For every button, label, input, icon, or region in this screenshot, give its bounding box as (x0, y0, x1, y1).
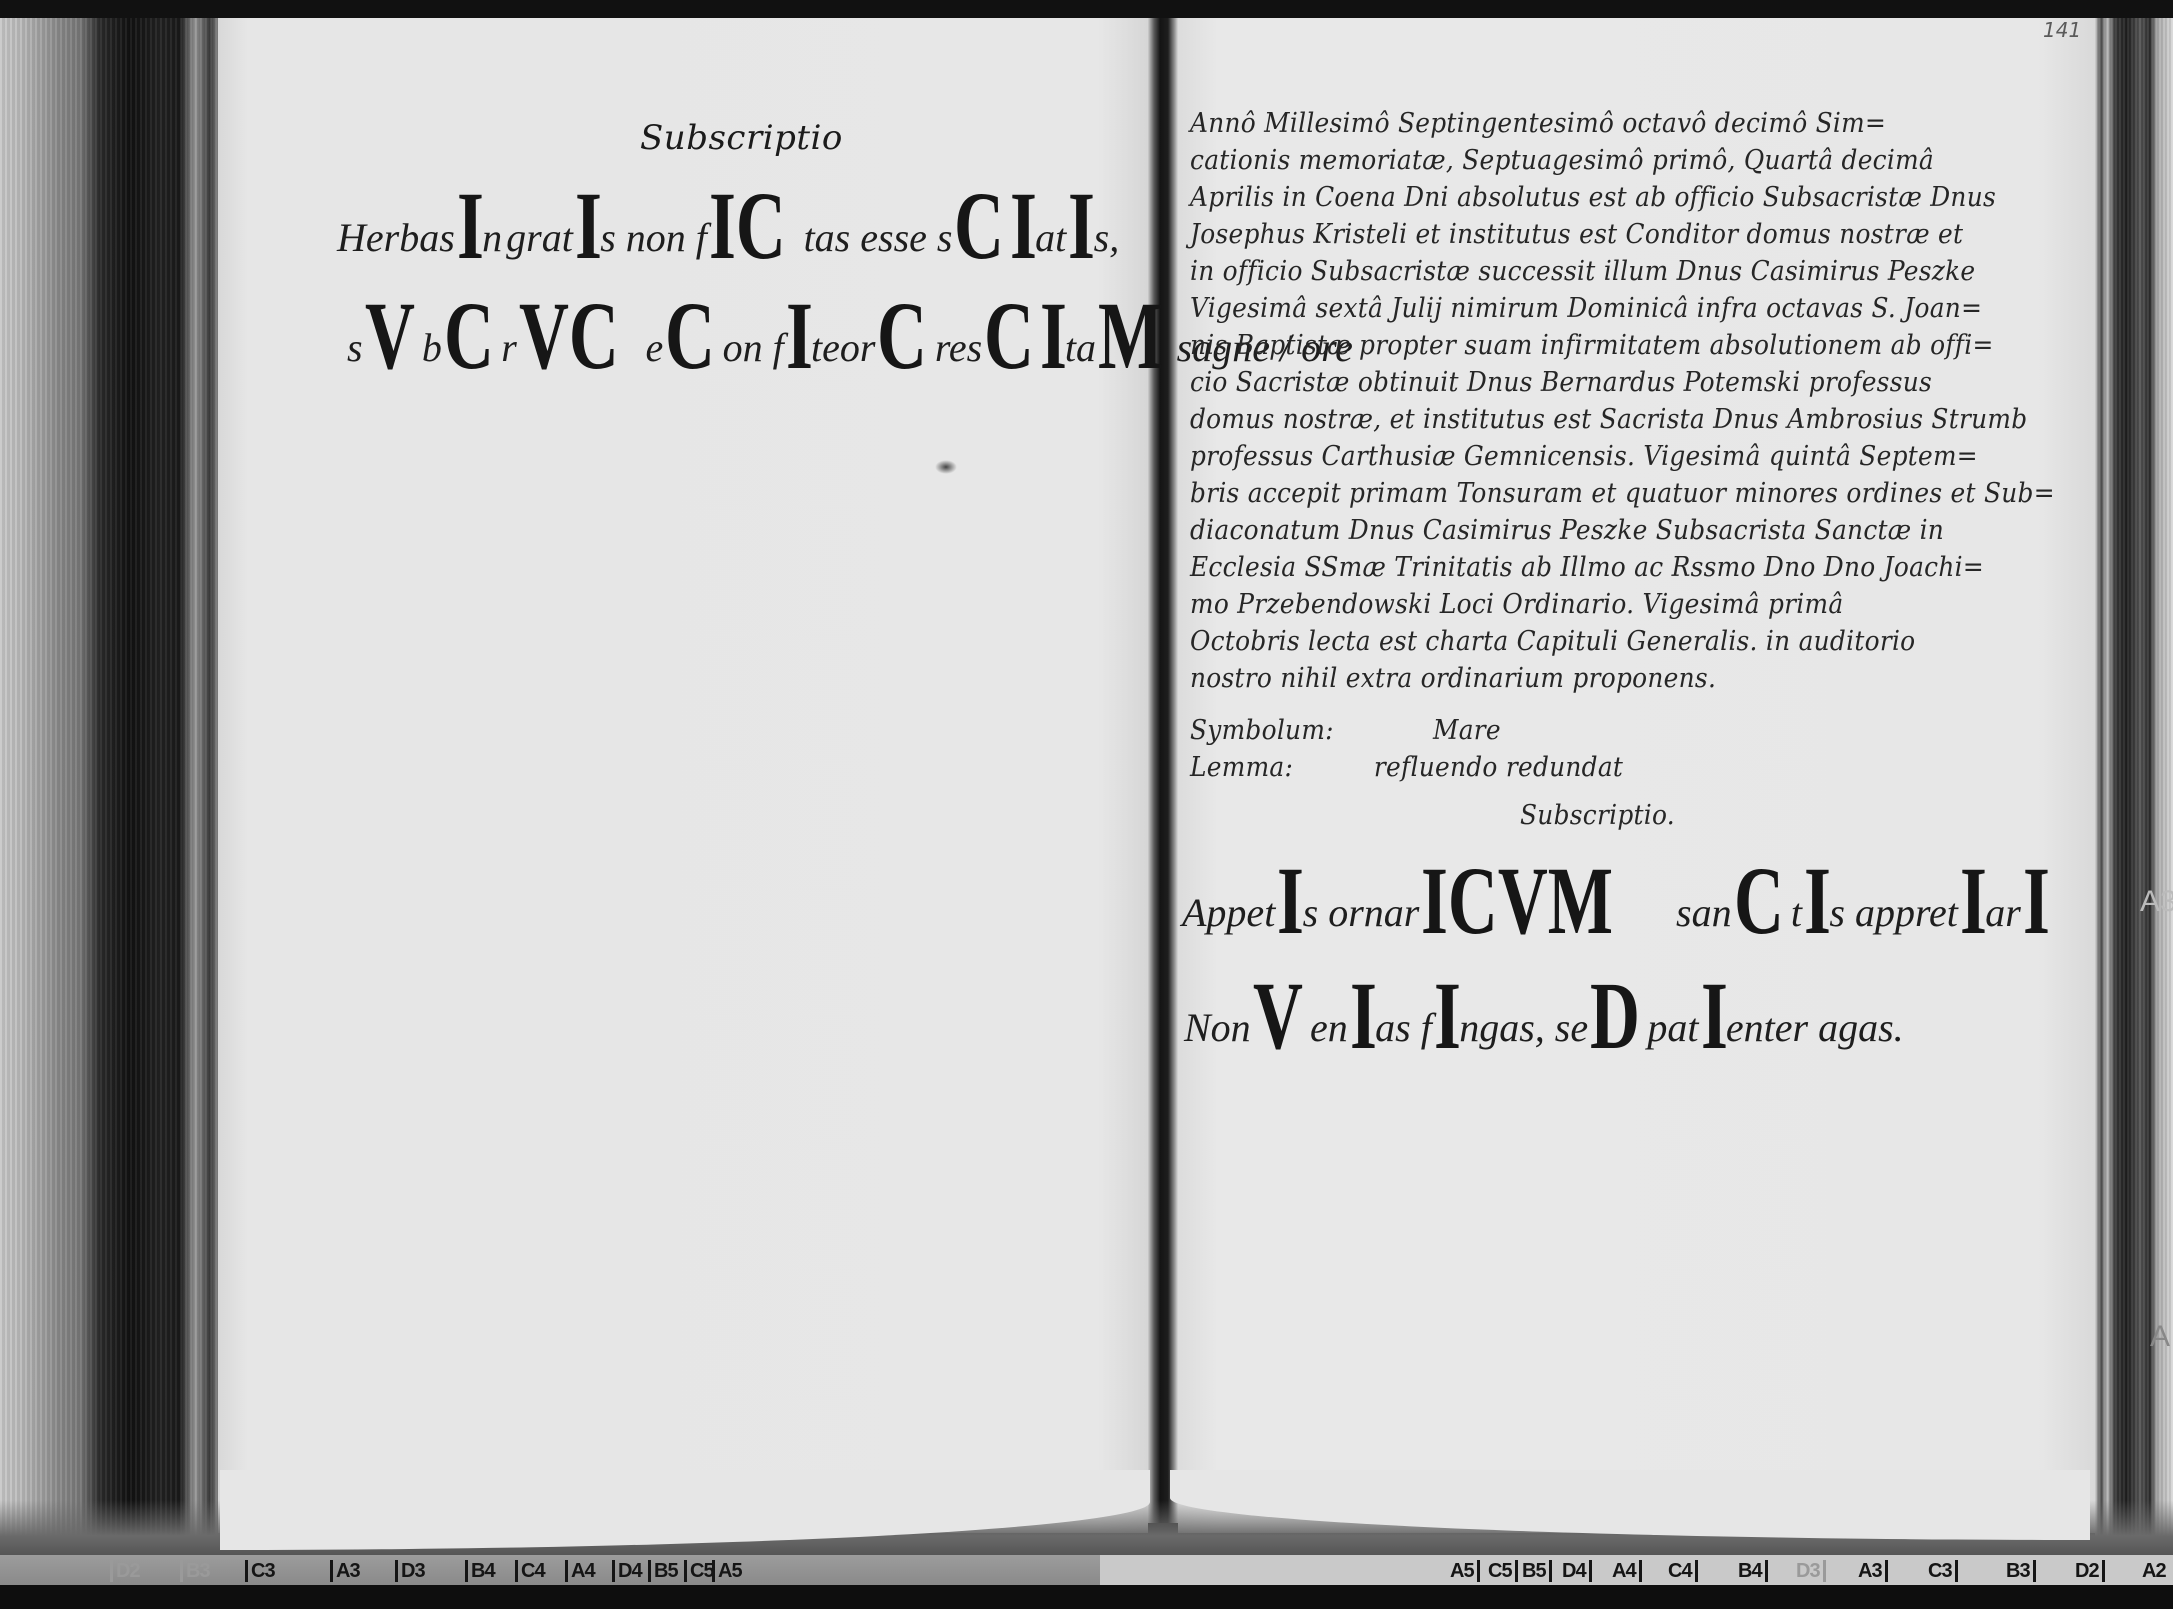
chronogram-capital: M (1098, 295, 1163, 377)
ruler-label: D4 (612, 1560, 642, 1582)
ruler-label: D3 (395, 1560, 425, 1582)
chronogram-capital: D (1590, 975, 1640, 1057)
symbolum-value: Mare (1433, 715, 1501, 746)
ruler-label: A5 (712, 1560, 742, 1582)
ruler-label: C4 (1668, 1560, 1698, 1582)
entry-line: Annô Millesimô Septingentesimô octavô de… (1190, 108, 1886, 139)
chronogram-text: en (1310, 1004, 1348, 1051)
chronogram-text: san (1676, 889, 1732, 936)
chronogram-capital: C (444, 295, 494, 377)
right-chronogram-line-1: AppetIs ornarICVMsanCtIs appretIarI (1180, 860, 2046, 942)
chronogram-text: t (1791, 889, 1802, 936)
ruler-label: A4 (565, 1560, 595, 1582)
chronogram-text: n (482, 214, 502, 261)
chronogram-text: Appet (1182, 889, 1275, 936)
chronogram-capital: I (1068, 185, 1095, 267)
right-chronogram-line-2: NonVenIas fIngas, seDpatIenter agas. (1182, 975, 1906, 1057)
chronogram-capital: I (1804, 860, 1831, 942)
entry-line: Vigesimâ sextâ Julij nimirum Dominicâ in… (1190, 293, 1982, 324)
entry-line: mo Przebendowski Loci Ordinario. Vigesim… (1190, 589, 1843, 620)
right-subscriptio-heading: Subscriptio. (1520, 800, 1675, 831)
chronogram-text: pat (1647, 1004, 1698, 1051)
chronogram-text: res (935, 324, 982, 371)
ruler-label: C4 (515, 1560, 545, 1582)
entry-line: bris accepit primam Tonsuram et quatuor … (1190, 478, 2055, 509)
ruler-label: A3 (330, 1560, 360, 1582)
lemma-value: refluendo redundat (1374, 752, 1623, 783)
chronogram-capital: I (1701, 975, 1728, 1057)
entry-line: diaconatum Dnus Casimirus Peszke Subsacr… (1190, 515, 1944, 546)
chronogram-text: on f (723, 324, 784, 371)
entry-line: nostro nihil extra ordinarium proponens. (1190, 663, 1716, 694)
chronogram-capital: I (1350, 975, 1377, 1057)
chronogram-capital: I (457, 185, 484, 267)
chronogram-capital: IC (709, 185, 786, 267)
ruler-label: B4 (1738, 1560, 1768, 1582)
ruler-label: D3 (1796, 1560, 1826, 1582)
ruler-label: D2 (2075, 1560, 2105, 1582)
right-page-stack (2095, 18, 2173, 1548)
chronogram-text: at (1035, 214, 1066, 261)
entry-line: Josephus Kristeli et institutus est Cond… (1190, 219, 1963, 250)
chronogram-text: s, (1094, 214, 1120, 261)
folio-number: 141 (2043, 18, 2081, 42)
microfilm-ruler-strip (0, 1555, 2173, 1585)
ruler-label: B4 (465, 1560, 495, 1582)
ink-smudge (935, 460, 957, 474)
chronogram-text: as f (1375, 1004, 1432, 1051)
ruler-label: B3 (2006, 1560, 2036, 1582)
chronogram-capital: VC (519, 295, 619, 377)
entry-line: cio Sacristæ obtinuit Dnus Bernardus Pot… (1190, 367, 1932, 398)
ruler-label: D4 (1562, 1560, 1592, 1582)
chronogram-capital: I (1277, 860, 1304, 942)
ruler-label: A5 (1450, 1560, 1480, 1582)
chronogram-capital: C (954, 185, 1004, 267)
chronogram-text: ar (1985, 889, 2021, 936)
chronogram-capital: I (1040, 295, 1067, 377)
book-gutter (1148, 18, 1178, 1523)
chronogram-capital: I (2023, 860, 2050, 942)
margin-mark-upper: A3 (2140, 885, 2173, 919)
ruler-label: A2 (2142, 1560, 2169, 1582)
entry-line: in officio Subsacristæ successit illum D… (1190, 256, 1975, 287)
chronogram-text: b (422, 324, 442, 371)
lemma-label: Lemma: (1190, 752, 1293, 783)
ruler-label: C3 (1928, 1560, 1958, 1582)
margin-mark-lower: A (2150, 1320, 2170, 1354)
chronogram-capital: C (877, 295, 927, 377)
ruler-label: B5 (648, 1560, 678, 1582)
chronogram-capital: I (786, 295, 813, 377)
chronogram-capital: I (575, 185, 602, 267)
chronogram-text: ngas, se (1459, 1004, 1588, 1051)
ruler-label: C3 (245, 1560, 275, 1582)
entry-line: Octobris lecta est charta Capituli Gener… (1190, 626, 1915, 657)
chronogram-text: Herbas (337, 214, 455, 261)
chronogram-capital: V (1253, 975, 1303, 1057)
symbolum-label: Symbolum: (1190, 715, 1334, 746)
entry-line: cationis memoriatæ, Septuagesimô primô, … (1190, 145, 1934, 176)
chronogram-text: r (501, 324, 517, 371)
chronogram-text: e (645, 324, 663, 371)
entry-line: nis Baptistæ propter suam infirmitatem a… (1190, 330, 1994, 361)
chronogram-text: Non (1184, 1004, 1251, 1051)
scan-bottom-border (0, 1585, 2173, 1609)
entry-line: Ecclesia SSmæ Trinitatis ab Illmo ac Rss… (1190, 552, 1984, 583)
chronogram-capital: I (1010, 185, 1037, 267)
chronogram-text: s ornar (1303, 889, 1420, 936)
ruler-label: A3 (1858, 1560, 1888, 1582)
chronogram-capital: V (365, 295, 415, 377)
chronogram-text: s appret (1829, 889, 1958, 936)
chronogram-text: enter agas. (1726, 1004, 1904, 1051)
entry-line: domus nostræ, et institutus est Sacrista… (1190, 404, 2027, 435)
ruler-label: A4 (1612, 1560, 1642, 1582)
left-chronogram-line-1: HerbasIngratIs non fICtas esse sCIatIs, (335, 185, 1121, 267)
chronogram-capital: C (1734, 860, 1784, 942)
chronogram-text: teor (811, 324, 875, 371)
chronogram-capital: C (665, 295, 715, 377)
chronogram-text: s (347, 324, 363, 371)
scan-top-border (0, 0, 2173, 18)
ruler-label: B5 (1522, 1560, 1552, 1582)
chronogram-capital: I (1960, 860, 1987, 942)
chronogram-capital: C (984, 295, 1034, 377)
chronogram-capital: I (1434, 975, 1461, 1057)
chronogram-text: tas esse s (804, 214, 953, 261)
chronogram-capital: ICVM (1421, 860, 1613, 942)
entry-line: Aprilis in Coena Dni absolutus est ab of… (1190, 182, 1996, 213)
chronogram-text: grat (506, 214, 573, 261)
ruler-label: C5 (1488, 1560, 1518, 1582)
chronogram-text: ta (1065, 324, 1096, 371)
left-subscriptio-heading: Subscriptio (640, 118, 843, 158)
lemma-line: Lemma: refluendo redundat (1190, 752, 1623, 783)
entry-line: professus Carthusiæ Gemnicensis. Vigesim… (1190, 441, 1978, 472)
symbolum-line: Symbolum: Mare (1190, 715, 1501, 746)
ruler-label: D2 (110, 1560, 140, 1582)
ruler-label: B3 (180, 1560, 210, 1582)
chronogram-text: s non f (600, 214, 707, 261)
ruler-label: C5 (684, 1560, 714, 1582)
left-page-stack (0, 18, 225, 1548)
